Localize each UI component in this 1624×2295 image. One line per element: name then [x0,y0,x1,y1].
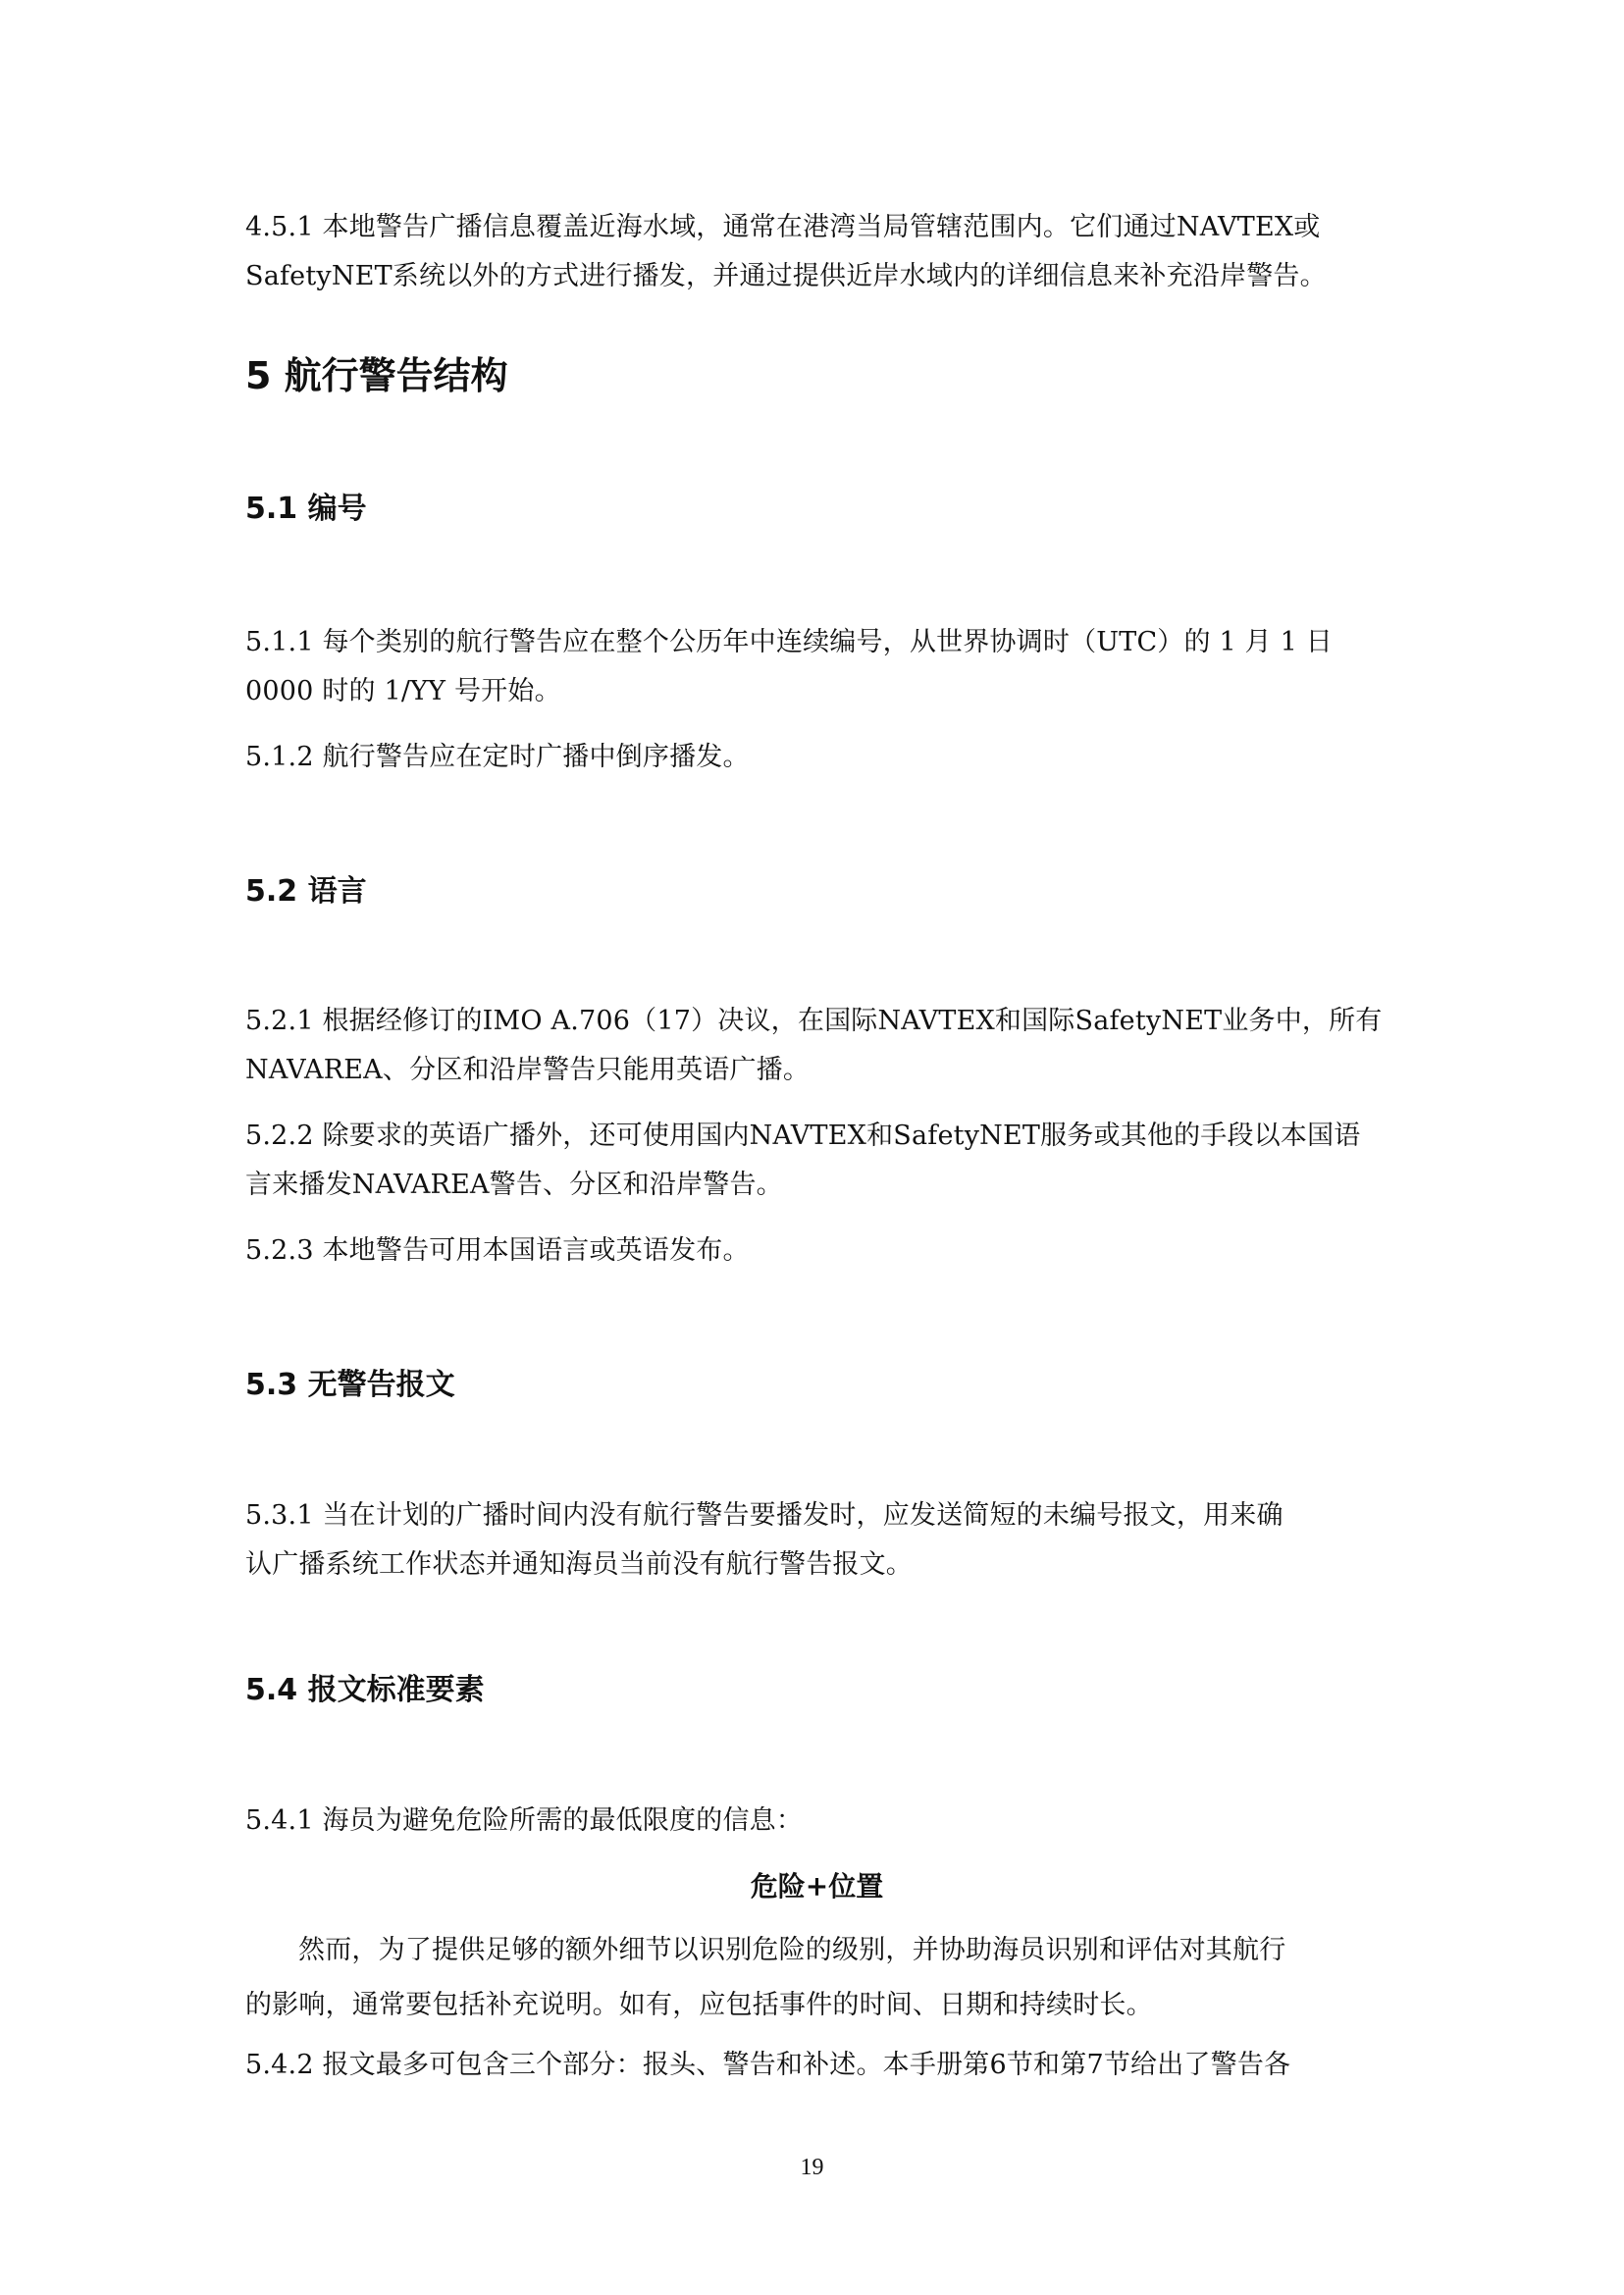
paragraph-5-4-2: 5.4.2 报文最多可包含三个部分：报头、警告和补述。本手册第6节和第7节给出了… [245,2041,1388,2090]
paragraph-5-1-2: 5.1.2 航行警告应在定时广播中倒序播发。 [245,733,1388,782]
paragraph-5-1-1-line-2: 0000 时的 1/YY 号开始。 [245,667,1388,716]
paragraph-5-2-3: 5.2.3 本地警告可用本国语言或英语发布。 [245,1226,1388,1276]
document-page: 4.5.1 本地警告广播信息覆盖近海水域，通常在港湾当局管辖范围内。它们通过NA… [0,0,1624,2295]
paragraph-5-2-2-line-2: 言来播发NAVAREA警告、分区和沿岸警告。 [245,1161,1388,1210]
page-number: 19 [0,2155,1624,2181]
paragraph-5-4-1-continued-line-2: 的影响，通常要包括补充说明。如有，应包括事件的时间、日期和持续时长。 [245,1981,1388,2030]
section-heading-5-4: 5.4 报文标准要素 [245,1665,485,1708]
paragraph-5-1-1-line-1: 5.1.1 每个类别的航行警告应在整个公历年中连续编号，从世界协调时（UTC）的… [245,618,1388,667]
section-heading-5-3: 5.3 无警告报文 [245,1360,455,1403]
paragraph-5-2-1-line-2: NAVAREA、分区和沿岸警告只能用英语广播。 [245,1046,1388,1095]
paragraph-4-5-1-line-1: 4.5.1 本地警告广播信息覆盖近海水域，通常在港湾当局管辖范围内。它们通过NA… [245,203,1388,252]
paragraph-5-3-1-line-1: 5.3.1 当在计划的广播时间内没有航行警告要播发时，应发送简短的未编号报文，用… [245,1491,1388,1540]
section-heading-5-1: 5.1 编号 [245,484,367,527]
paragraph-5-3-1-line-2: 认广播系统工作状态并通知海员当前没有航行警告报文。 [245,1540,1388,1590]
paragraph-5-4-1-continued-line-1: 然而，为了提供足够的额外细节以识别危险的级别，并协助海员识别和评估对其航行 [245,1926,1388,1975]
section-heading-5: 5 航行警告结构 [245,345,508,399]
paragraph-5-2-2-line-1: 5.2.2 除要求的英语广播外，还可使用国内NAVTEX和SafetyNET服务… [245,1112,1388,1161]
paragraph-4-5-1-line-2: SafetyNET系统以外的方式进行播发，并通过提供近岸水域内的详细信息来补充沿… [245,252,1388,301]
section-heading-5-2: 5.2 语言 [245,866,367,910]
paragraph-5-2-1-line-1: 5.2.1 根据经修订的IMO A.706（17）决议，在国际NAVTEX和国际… [245,997,1388,1046]
paragraph-5-4-1: 5.4.1 海员为避免危险所需的最低限度的信息： [245,1797,1388,1846]
formula-hazard-plus-position: 危险+位置 [245,1862,1388,1911]
